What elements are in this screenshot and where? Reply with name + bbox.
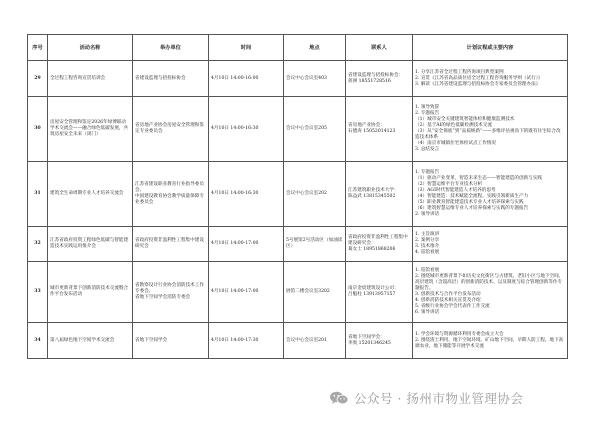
table-body: 29全过程工程咨询宣贯培训会省建设监理与招投标协会4月10日 14:00-16:… <box>28 61 568 359</box>
organizer-cell: 江苏省建设职业教育行业指导委员会、中国建设教育协会教学质量保障专业委员会 <box>133 162 209 227</box>
header-agenda: 计划议程或主要内容 <box>413 35 568 61</box>
contact-cell-text: 江苏建筑职业技术大学： <box>348 188 399 193</box>
header-activity-name: 活动名称 <box>48 35 133 61</box>
contact-cell-text: 吕魁柱 13913957157 <box>348 292 395 297</box>
time-cell: 4月10日 14:00-17:30 <box>209 323 284 359</box>
seq-cell-text: 30 <box>34 126 40 131</box>
seq-cell: 30 <box>28 97 48 162</box>
agenda-item: 2. 围绕城市更新背景下如历史文化街区与古建筑、老旧小区与地下空间、高层建筑（含… <box>415 274 565 292</box>
activity-name-cell-text: 江苏省政府投资工程绿色低碳与智能建造技术实践运用推介会 <box>50 238 128 249</box>
location-cell-text: 会议中心会议室205 <box>286 126 327 131</box>
seq-cell: 34 <box>28 323 48 359</box>
table-row: 31建筑全生命周期专业人才培养交流会江苏省建设职业教育行业指导委员会、中国建设教… <box>28 162 568 227</box>
organizer-cell: 省建设监理与招投标协会 <box>133 61 209 97</box>
activity-name-cell-text: 全过程工程咨询宣贯培训会 <box>50 76 105 81</box>
agenda-item: 3. 总结发言 <box>415 147 565 153</box>
agenda-item: （3）从“安全保底”到“品质焕新”——多维评估视角下的既有住宅综合改造技术体系 <box>415 129 565 141</box>
organizer-cell-text: 江苏省建设职业教育行业指导委员会、 <box>135 182 204 193</box>
seq-cell-text: 29 <box>34 76 40 81</box>
contact-cell-text: 陈益武 13815345502 <box>348 194 395 199</box>
organizer-cell-text: 省建设监理与招投标协会 <box>135 76 186 81</box>
time-cell-text: 4月10日 14:00-16:00 <box>211 76 258 81</box>
activity-name-cell: 建筑全生命周期专业人才培养交流会 <box>48 162 133 227</box>
table-row: 33城市更新背景下创新消防技术交流暨合作平台发布活动省勘察设计行业协会消防技术工… <box>28 262 568 323</box>
seq-cell: 31 <box>28 162 48 227</box>
organizer-cell-text: 中国建设教育协会教学质量保障专业委员会 <box>135 194 204 205</box>
location-cell-text: 5号展馆2号活动区（加油读区） <box>286 238 342 249</box>
table-header-row: 序号 活动名称 举办单位 时间 地点 联系人 计划议程或主要内容 <box>28 35 568 61</box>
contact-cell-text: 石德涛 15052014123 <box>348 129 395 134</box>
activity-name-cell: 第八届绿色地下空间学术交流会 <box>48 323 133 359</box>
location-cell-text: 会议中心会议室201 <box>286 338 327 343</box>
organizer-cell: 省政府投资非盈利性工程集中建设研究会 <box>133 227 209 262</box>
time-cell-text: 4月10日 14:00-17:30 <box>211 338 258 343</box>
contact-cell: 省政府投资非盈利性工程集中建设研究会：葛女士 18951868206 <box>346 227 413 262</box>
time-cell: 4月10日 14:00-16:00 <box>209 61 284 97</box>
location-cell: 展馆二楼会议室3202 <box>284 262 346 323</box>
location-cell-text: 会议中心会议室202 <box>286 191 327 196</box>
agenda-item: 2. 围绕渣土利用、地下空间环境、矿山地下空间、早期人防工程、地下高端农业、地下… <box>415 338 565 350</box>
organizer-cell-text: 省勘察设计行业协会消防技术工作专委会、 <box>135 283 204 294</box>
contact-cell: 省房地产业协会：石德涛 15052014123 <box>346 97 413 162</box>
agenda-cell: 1. 巡馆看展2. 围绕城市更新背景下如历史文化街区与古建筑、老旧小区与地下空间… <box>413 262 568 323</box>
agenda-cell: 1. 分享江苏省全过程工程咨询项目典型案例2. 宣贯《江苏省高品质住房全过程工程… <box>413 61 568 97</box>
agenda-cell: 1. 学会环境与资源循环利用专委会成立大会2. 围绕渣土利用、地下空间环境、矿山… <box>413 323 568 359</box>
contact-cell: 省地下空间学会：李奥 15201346245 <box>346 323 413 359</box>
organizer-cell-text: 省房地产业协会房屋安全管理和鉴定专业委员会 <box>135 123 204 134</box>
seq-cell: 32 <box>28 227 48 262</box>
location-cell-text: 展馆二楼会议室3202 <box>286 289 330 294</box>
seq-cell: 29 <box>28 61 48 97</box>
header-location: 地点 <box>284 35 346 61</box>
wechat-icon <box>329 391 349 405</box>
contact-cell-text: 省房地产业协会： <box>348 123 385 128</box>
agenda-cell: 1. 专题报告（1）驱动产业变革，智造未来生态——智能建造的创新与实践（2）智慧… <box>413 162 568 227</box>
activity-name-cell-text: 城市更新背景下创新消防技术交流暨合作平台发布活动 <box>50 286 128 297</box>
agenda-item: 4. 巡馆看展 <box>415 250 565 256</box>
time-cell: 4月10日 14:00-16:30 <box>209 162 284 227</box>
time-cell-text: 4月10日 14:00-16:30 <box>211 191 258 196</box>
contact-cell-text: 省政府投资非盈利性工程集中建设研究会： <box>348 235 408 246</box>
time-cell: 4月10日 14:00-17:00 <box>209 262 284 323</box>
table-row: 34第八届绿色地下空间学术交流会省地下空间学会4月10日 14:00-17:30… <box>28 323 568 359</box>
agenda-cell: 1. 主旨演讲2. 案例分享3. 技术推介4. 巡馆看展 <box>413 227 568 262</box>
table-row: 30房屋安全管理和鉴定2026年绿博联动学术交流会——融合绿色低碳发展，共筑房屋… <box>28 97 568 162</box>
seq-cell-text: 33 <box>34 289 40 294</box>
seq-cell: 33 <box>28 262 48 323</box>
organizer-cell: 省房地产业协会房屋安全管理和鉴定专业委员会 <box>133 97 209 162</box>
organizer-cell-text: 省地下空间学会 <box>135 338 167 343</box>
header-seq: 序号 <box>28 35 48 61</box>
contact-cell: 南京金宸建筑设计公司：吕魁柱 13913957157 <box>346 262 413 323</box>
contact-cell-text: 葛女士 18951868206 <box>348 247 395 252</box>
activity-name-cell: 全过程工程咨询宣贯培训会 <box>48 61 133 97</box>
header-organizer: 举办单位 <box>133 35 209 61</box>
activity-name-cell-text: 建筑全生命周期专业人才培养交流会 <box>50 191 124 196</box>
time-cell-text: 4月10日 14:00-16:30 <box>211 126 258 131</box>
time-cell: 4月10日 14:00-16:30 <box>209 97 284 162</box>
activity-schedule-table: 序号 活动名称 举办单位 时间 地点 联系人 计划议程或主要内容 29全过程工程… <box>27 34 568 359</box>
document-page: 序号 活动名称 举办单位 时间 地点 联系人 计划议程或主要内容 29全过程工程… <box>27 34 567 359</box>
location-cell: 会议中心会议室201 <box>284 323 346 359</box>
organizer-cell-text: 省地下空间学会消防专委会 <box>135 295 190 300</box>
table-row: 29全过程工程咨询宣贯培训会省建设监理与招投标协会4月10日 14:00-16:… <box>28 61 568 97</box>
wechat-watermark: 公众号 · 扬州市物业管理协会 <box>329 389 523 407</box>
organizer-cell-text: 省政府投资非盈利性工程集中建设研究会 <box>135 238 204 249</box>
agenda-item: 2. 领导讲话 <box>415 212 565 218</box>
location-cell: 会议中心会议室202 <box>284 162 346 227</box>
time-cell: 4月10日 14:00-17:00 <box>209 227 284 262</box>
location-cell: 会议中心会议室205 <box>284 97 346 162</box>
organizer-cell: 省勘察设计行业协会消防技术工作专委会、省地下空间学会消防专委会 <box>133 262 209 323</box>
location-cell: 5号展馆2号活动区（加油读区） <box>284 227 346 262</box>
activity-name-cell: 江苏省政府投资工程绿色低碳与智能建造技术实践运用推介会 <box>48 227 133 262</box>
contact-cell-text: 南京金宸建筑设计公司： <box>348 286 399 291</box>
header-contact: 联系人 <box>346 35 413 61</box>
location-cell: 会议中心会议室403 <box>284 61 346 97</box>
agenda-item: 2. 宣贯《江苏省高品质住房全过程工程咨询服务导则（试行）》 <box>415 76 565 82</box>
agenda-item: 6. 领导讲话 <box>415 310 565 316</box>
table-row: 32江苏省政府投资工程绿色低碳与智能建造技术实践运用推介会省政府投资非盈利性工程… <box>28 227 568 262</box>
activity-name-cell-text: 房屋安全管理和鉴定2026年绿博联动学术交流会——融合绿色低碳发展，共筑房屋安全… <box>50 120 128 137</box>
contact-cell-text: 蒋洲 18551728516 <box>348 79 391 84</box>
seq-cell-text: 34 <box>34 338 40 343</box>
agenda-cell: 1. 领导致辞2. 专题报告（1）城市安全关键建筑智能体检和健康监测技术（2）基… <box>413 97 568 162</box>
watermark-text: 公众号 · 扬州市物业管理协会 <box>354 389 523 407</box>
time-cell-text: 4月10日 14:00-17:00 <box>211 241 258 246</box>
organizer-cell: 省地下空间学会 <box>133 323 209 359</box>
contact-cell: 省建设监理与招投标协会：蒋洲 18551728516 <box>346 61 413 97</box>
activity-name-cell: 城市更新背景下创新消防技术交流暨合作平台发布活动 <box>48 262 133 323</box>
seq-cell-text: 32 <box>34 241 40 246</box>
activity-name-cell: 房屋安全管理和鉴定2026年绿博联动学术交流会——融合绿色低碳发展，共筑房屋安全… <box>48 97 133 162</box>
contact-cell-text: 省地下空间学会： <box>348 335 385 340</box>
contact-cell-text: 省建设监理与招投标协会： <box>348 73 403 78</box>
contact-cell: 江苏建筑职业技术大学：陈益武 13815345502 <box>346 162 413 227</box>
activity-name-cell-text: 第八届绿色地下空间学术交流会 <box>50 338 114 343</box>
location-cell-text: 会议中心会议室403 <box>286 76 327 81</box>
contact-cell-text: 李奥 15201346245 <box>348 341 391 346</box>
header-time: 时间 <box>209 35 284 61</box>
agenda-item: 3. 解读《江苏省建设监理与招投标协会专家委员会管理办法》 <box>415 82 565 88</box>
seq-cell-text: 31 <box>34 191 40 196</box>
time-cell-text: 4月10日 14:00-17:00 <box>211 289 258 294</box>
